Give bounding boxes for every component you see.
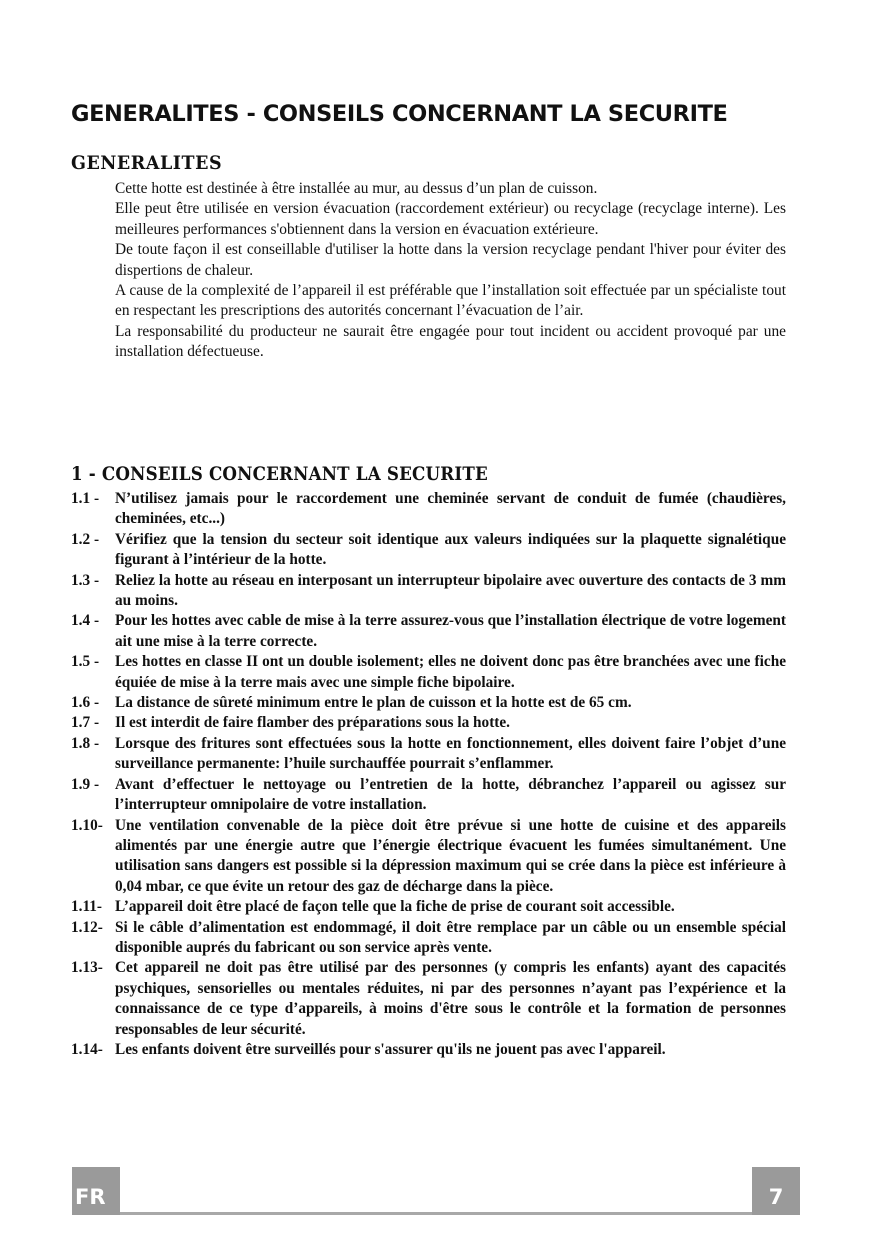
rule-text: Avant d’effectuer le nettoyage ou l’entr… — [115, 775, 786, 816]
safety-rule: 1.1 -N’utilisez jamais pour le raccordem… — [71, 489, 786, 530]
intro-paragraph: A cause de la complexité de l’appareil i… — [115, 281, 786, 322]
rule-number: 1.10- — [71, 816, 115, 898]
intro-paragraph: Cette hotte est destinée à être installé… — [115, 179, 786, 199]
safety-rule: 1.14-Les enfants doivent être surveillés… — [71, 1040, 786, 1060]
safety-rule: 1.10-Une ventilation convenable de la pi… — [71, 816, 786, 898]
safety-rule: 1.9 -Avant d’effectuer le nettoyage ou l… — [71, 775, 786, 816]
intro-paragraph: De toute façon il est conseillable d'uti… — [115, 240, 786, 281]
rule-text: Si le câble d’alimentation est endommagé… — [115, 918, 786, 959]
rule-text: Une ventilation convenable de la pièce d… — [115, 816, 786, 898]
rule-number: 1.13- — [71, 958, 115, 1040]
page-number: 7 — [752, 1167, 800, 1215]
rule-number: 1.8 - — [71, 734, 115, 775]
language-badge: FR — [72, 1167, 120, 1215]
rule-text: Pour les hottes avec cable de mise à la … — [115, 611, 786, 652]
rule-text: Reliez la hotte au réseau en interposant… — [115, 571, 786, 612]
safety-rule: 1.3 -Reliez la hotte au réseau en interp… — [71, 571, 786, 612]
safety-rule: 1.12-Si le câble d’alimentation est endo… — [71, 918, 786, 959]
rule-text: Vérifiez que la tension du secteur soit … — [115, 530, 786, 571]
rule-number: 1.2 - — [71, 530, 115, 571]
intro-paragraph: Elle peut être utilisée en version évacu… — [115, 199, 786, 240]
rule-text: Cet appareil ne doit pas être utilisé pa… — [115, 958, 786, 1040]
safety-rule: 1.11-L’appareil doit être placé de façon… — [71, 897, 786, 917]
rule-number: 1.4 - — [71, 611, 115, 652]
safety-rules-list: 1.1 -N’utilisez jamais pour le raccordem… — [71, 489, 786, 1060]
rule-text: L’appareil doit être placé de façon tell… — [115, 897, 786, 917]
rule-number: 1.6 - — [71, 693, 115, 713]
rule-text: Les enfants doivent être surveillés pour… — [115, 1040, 786, 1060]
safety-rule: 1.2 -Vérifiez que la tension du secteur … — [71, 530, 786, 571]
rule-number: 1.1 - — [71, 489, 115, 530]
intro-text: Cette hotte est destinée à être installé… — [115, 179, 786, 363]
safety-rule: 1.13-Cet appareil ne doit pas être utili… — [71, 958, 786, 1040]
rule-number: 1.11- — [71, 897, 115, 917]
rule-text: Les hottes en classe II ont un double is… — [115, 652, 786, 693]
rule-number: 1.12- — [71, 918, 115, 959]
safety-rule: 1.4 -Pour les hottes avec cable de mise … — [71, 611, 786, 652]
intro-paragraph: La responsabilité du producteur ne saura… — [115, 322, 786, 363]
rule-text: N’utilisez jamais pour le raccordement u… — [115, 489, 786, 530]
rule-number: 1.3 - — [71, 571, 115, 612]
rule-text: Il est interdit de faire flamber des pré… — [115, 713, 786, 733]
safety-rule: 1.8 -Lorsque des fritures sont effectuée… — [71, 734, 786, 775]
rule-number: 1.7 - — [71, 713, 115, 733]
rule-number: 1.9 - — [71, 775, 115, 816]
section-heading-generalites: GENERALITES — [71, 152, 222, 174]
page-title: GENERALITES - CONSEILS CONCERNANT LA SEC… — [71, 101, 831, 127]
footer-rule — [72, 1212, 800, 1215]
safety-rule: 1.7 -Il est interdit de faire flamber de… — [71, 713, 786, 733]
rule-text: Lorsque des fritures sont effectuées sou… — [115, 734, 786, 775]
section-heading-safety: 1 - CONSEILS CONCERNANT LA SECURITE — [71, 463, 488, 485]
rule-text: La distance de sûreté minimum entre le p… — [115, 693, 786, 713]
safety-rule: 1.6 -La distance de sûreté minimum entre… — [71, 693, 786, 713]
safety-rule: 1.5 -Les hottes en classe II ont un doub… — [71, 652, 786, 693]
rule-number: 1.14- — [71, 1040, 115, 1060]
rule-number: 1.5 - — [71, 652, 115, 693]
